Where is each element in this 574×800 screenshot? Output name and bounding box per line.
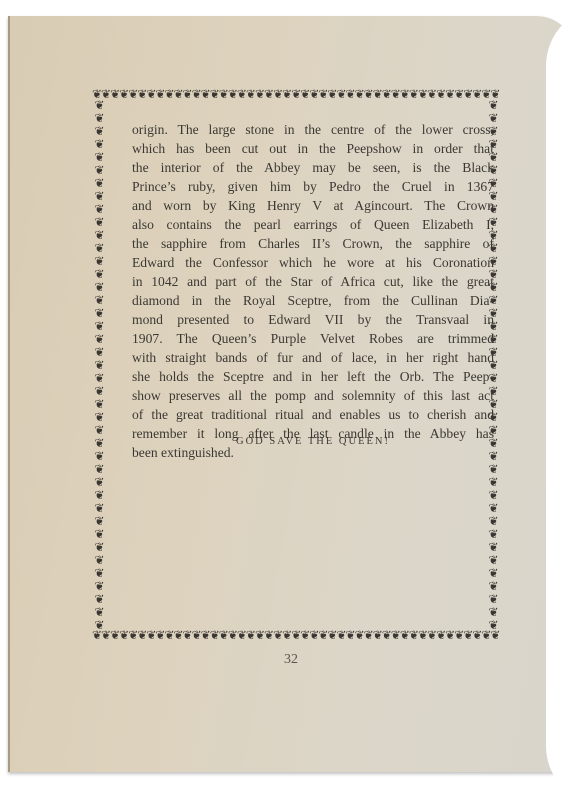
text-line: with straight bands of fur and of lace, …: [132, 348, 494, 367]
ornament-border-top: ❦❦❦❦❦❦❦❦❦❦❦❦❦❦❦❦❦❦❦❦❦❦❦❦❦❦❦❦❦❦❦❦❦❦❦❦❦❦❦❦…: [92, 87, 500, 101]
text-line: origin. The large stone in the centre of…: [132, 120, 494, 139]
text-line: 1907. The Queen’s Purple Velvet Robes ar…: [132, 329, 494, 348]
text-line: of the great traditional ritual and enab…: [132, 405, 494, 424]
text-line: the sapphire from Charles II’s Crown, th…: [132, 234, 494, 253]
text-line: the interior of the Abbey may be seen, i…: [132, 158, 494, 177]
text-line: diamond in the Royal Sceptre, from the C…: [132, 291, 494, 310]
text-line: Edward the Confessor which he wore at hi…: [132, 253, 494, 272]
text-line: show preserves all the pomp and solemnit…: [132, 386, 494, 405]
text-line: Prince’s ruby, given him by Pedro the Cr…: [132, 177, 494, 196]
ornament-border-left: ❦❦❦❦❦❦❦❦❦❦❦❦❦❦❦❦❦❦❦❦❦❦❦❦❦❦❦❦❦❦❦❦❦❦❦❦❦❦❦❦…: [92, 99, 106, 630]
body-text: origin. The large stone in the centre of…: [132, 120, 494, 462]
text-line: and worn by King Henry V at Agincourt. T…: [132, 196, 494, 215]
text-line: also contains the pearl earrings of Quee…: [132, 215, 494, 234]
text-line: she holds the Sceptre and in her left th…: [132, 367, 494, 386]
page-number: 32: [4, 652, 574, 668]
page-curl-shadow: [546, 6, 574, 800]
ornament-border-bottom: ❦❦❦❦❦❦❦❦❦❦❦❦❦❦❦❦❦❦❦❦❦❦❦❦❦❦❦❦❦❦❦❦❦❦❦❦❦❦❦❦…: [92, 628, 500, 642]
text-line: mond presented to Edward VII by the Tran…: [132, 310, 494, 329]
text-line: in 1042 and part of the Star of Africa c…: [132, 272, 494, 291]
text-line: which has been cut out in the Peepshow i…: [132, 139, 494, 158]
closing-line: GOD SAVE THE QUEEN!: [132, 436, 494, 447]
